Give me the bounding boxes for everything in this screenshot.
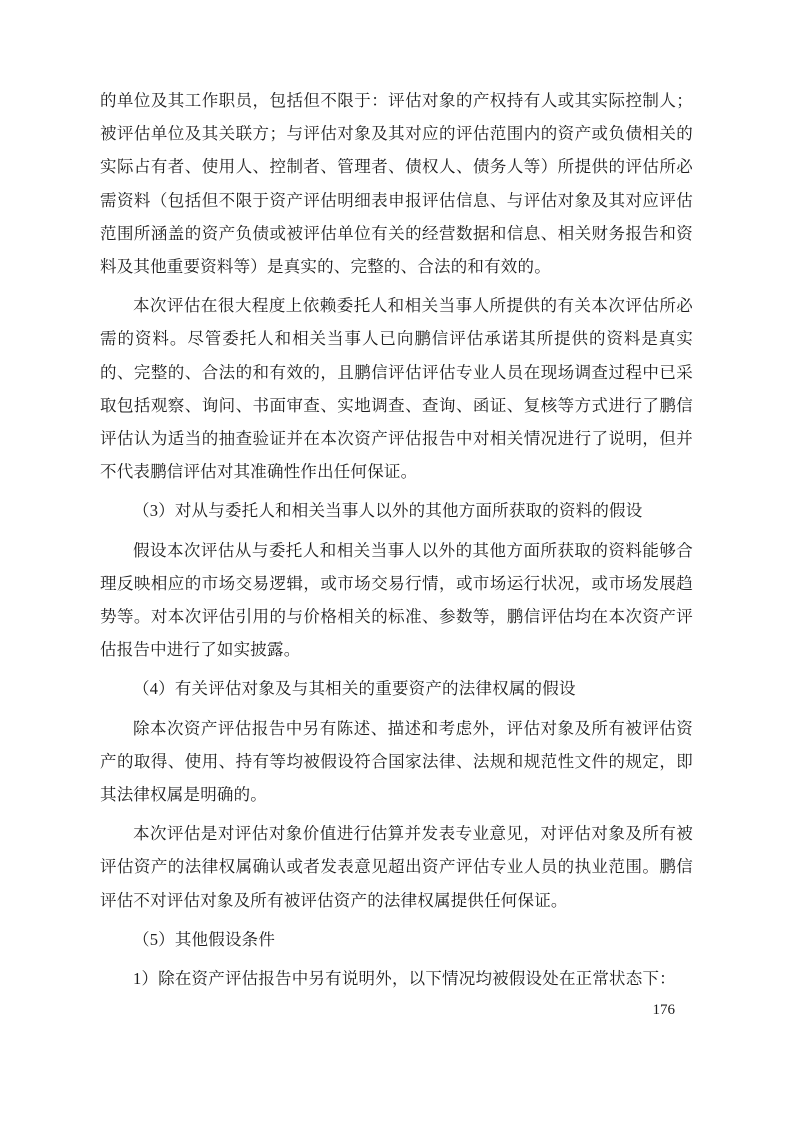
page-number: 176 bbox=[653, 1000, 676, 1020]
section-heading-3: （3）对从与委托人和相关当事人以外的其他方面所获取的资料的假设 bbox=[100, 494, 693, 527]
paragraph: 假设本次评估从与委托人和相关当事人以外的其他方面所获取的资料能够合理反映相应的市… bbox=[100, 534, 693, 667]
paragraph: 本次评估是对评估对象价值进行估算并发表专业意见，对评估对象及所有被评估资产的法律… bbox=[100, 817, 693, 917]
document-page: 的单位及其工作职员，包括但不限于：评估对象的产权持有人或其实际控制人；被评估单位… bbox=[0, 0, 793, 1122]
paragraph-continuation: 的单位及其工作职员，包括但不限于：评估对象的产权持有人或其实际控制人；被评估单位… bbox=[100, 84, 693, 283]
paragraph: 除本次资产评估报告中另有陈述、描述和考虑外，评估对象及所有被评估资产的取得、使用… bbox=[100, 712, 693, 812]
paragraph: 本次评估在很大程度上依赖委托人和相关当事人所提供的有关本次评估所必需的资料。尽管… bbox=[100, 289, 693, 488]
section-heading-4: （4）有关评估对象及与其相关的重要资产的法律权属的假设 bbox=[100, 672, 693, 705]
section-heading-5: （5）其他假设条件 bbox=[100, 923, 693, 956]
paragraph: 1）除在资产评估报告中另有说明外，以下情况均被假设处在正常状态下： bbox=[100, 962, 693, 995]
document-body: 的单位及其工作职员，包括但不限于：评估对象的产权持有人或其实际控制人；被评估单位… bbox=[100, 84, 693, 1001]
